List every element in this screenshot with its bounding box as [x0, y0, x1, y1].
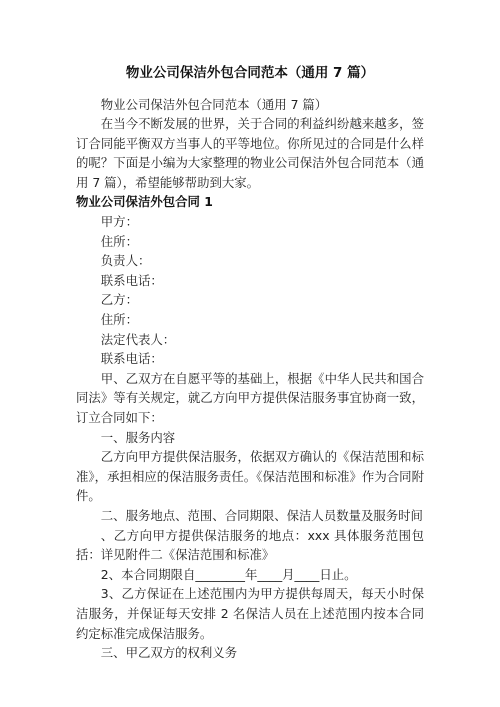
clause-2-heading: 二、服务地点、范围、合同期限、保洁人员数量及服务时间 — [76, 506, 424, 526]
party-a-field: 甲方： — [76, 212, 424, 232]
document-title: 物业公司保洁外包合同范本（通用 7 篇） — [0, 63, 500, 83]
clause-2-item-1: 、乙方向甲方提供保洁服务的地点：xxx 具体服务范围包括：详见附件二《保洁范围和… — [76, 526, 424, 565]
document-page: 物业公司保洁外包合同范本（通用 7 篇） 物业公司保洁外包合同范本（通用 7 篇… — [0, 0, 500, 707]
section-heading: 物业公司保洁外包合同 1 — [76, 192, 424, 212]
document-body: 物业公司保洁外包合同范本（通用 7 篇） 在当今不断发展的世界，关于合同的利益纠… — [76, 95, 424, 663]
party-a-phone-field: 联系电话： — [76, 271, 424, 291]
clause-3-heading: 三、甲乙双方的权利义务 — [76, 643, 424, 663]
subtitle-paragraph: 物业公司保洁外包合同范本（通用 7 篇） — [76, 95, 424, 115]
party-b-legal-rep-field: 法定代表人： — [76, 330, 424, 350]
intro-paragraph: 在当今不断发展的世界，关于合同的利益纠纷越来越多，签订合同能平衡双方当事人的平等… — [76, 114, 424, 192]
party-b-phone-field: 联系电话： — [76, 349, 424, 369]
clause-2-item-3: 3、乙方保证在上述范围内为甲方提供每周天，每天小时保洁服务，并保证每天安排 2 … — [76, 584, 424, 643]
clause-1-paragraph: 乙方向甲方提供保洁服务，依据双方确认的《保洁范围和标准》，承担相应的保洁服务责任… — [76, 447, 424, 506]
party-b-field: 乙方： — [76, 290, 424, 310]
party-a-principal-field: 负责人： — [76, 251, 424, 271]
party-b-address-field: 住所： — [76, 310, 424, 330]
clause-1-heading: 一、服务内容 — [76, 428, 424, 448]
preamble-paragraph: 甲、乙双方在自愿平等的基础上，根据《中华人民共和国合同法》等有关规定，就乙方向甲… — [76, 369, 424, 428]
party-a-address-field: 住所： — [76, 232, 424, 252]
clause-2-item-2: 2、本合同期限自________年____月____日止。 — [76, 565, 424, 585]
